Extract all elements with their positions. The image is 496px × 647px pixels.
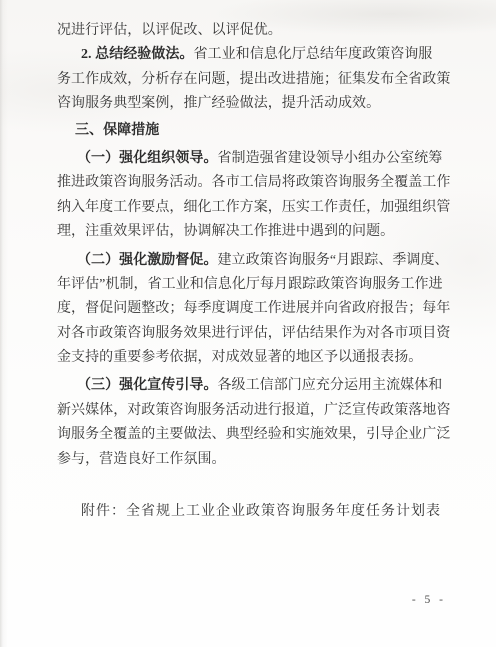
paragraph-item: （一）强化组织领导。省制造强省建设领导小组办公室统筹推进政策咨询服务活动。各市工…: [57, 147, 496, 245]
text-line: 况进行评估，以评促改、以评促优。: [57, 19, 496, 43]
text-line: 年评估”机制，省工业和信息化厅每月跟踪政策咨询服务工作进: [57, 273, 496, 297]
text-segment: 务工作成效，分析存在问题，提出改进措施；征集发布全省政策: [57, 72, 450, 87]
paragraph-heading: 三、保障措施: [57, 119, 496, 143]
text-line: 附件：全省规上工业企业政策咨询服务年度任务计划表: [57, 500, 496, 524]
text-line: 三、保障措施: [57, 119, 496, 143]
paragraph-numbered: 2. 总结经验做法。省工业和信息化厅总结年度政策咨询服务工作成效，分析存在问题，…: [57, 43, 496, 116]
text-line: 对各市政策咨询服务效果进行评估，评估结果作为对各市项目资: [57, 322, 496, 346]
text-line: 推进政策咨询服务活动。各市工信局将政策咨询服务全覆盖工作: [57, 171, 496, 195]
text-line: 2. 总结经验做法。省工业和信息化厅总结年度政策咨询服: [57, 43, 496, 67]
bold-lead-in: （二）强化激励督促。: [77, 253, 218, 268]
paragraph-item: （二）强化激励督促。建立政策咨询服务“月跟踪、季调度、年评估”机制，省工业和信息…: [57, 249, 496, 371]
text-segment: 新兴媒体，对政策咨询服务活动进行报道，广泛宣传政策落地咨: [57, 403, 450, 418]
text-segment: 参与，营造良好工作氛围。: [57, 452, 226, 467]
paragraph-attachment: 附件：全省规上工业企业政策咨询服务年度任务计划表: [57, 500, 496, 524]
page-number: - 5 -: [412, 594, 446, 606]
bold-lead-in: （三）强化宣传引导。: [77, 378, 218, 393]
text-segment: 咨询服务典型案例，推广经验做法，提升活动成效。: [57, 96, 380, 111]
text-line: （三）强化宣传引导。各级工信部门应充分运用主流媒体和: [57, 374, 496, 398]
text-line: 务工作成效，分析存在问题，提出改进措施；征集发布全省政策: [57, 68, 496, 92]
scanned-document-page: 况进行评估，以评促改、以评促优。2. 总结经验做法。省工业和信息化厅总结年度政策…: [0, 0, 496, 647]
text-segment: 省工业和信息化厅总结年度政策咨询服: [194, 47, 433, 62]
text-segment: 况进行评估，以评促改、以评促优。: [57, 23, 282, 38]
paragraph-item: （三）强化宣传引导。各级工信部门应充分运用主流媒体和新兴媒体，对政策咨询服务活动…: [57, 374, 496, 472]
text-segment: 年评估”机制，省工业和信息化厅每月跟踪政策咨询服务工作进: [57, 277, 443, 292]
text-segment: 对各市政策咨询服务效果进行评估，评估结果作为对各市项目资: [57, 326, 450, 341]
bold-lead-in: 三、保障措施: [75, 123, 159, 138]
text-line: （一）强化组织领导。省制造强省建设领导小组办公室统筹: [57, 147, 496, 171]
text-line: 询服务全覆盖的主要做法、典型经验和实施效果，引导企业广泛: [57, 423, 496, 447]
text-line: 纳入年度工作要点，细化工作方案，压实工作责任，加强组织管: [57, 196, 496, 220]
text-segment: 度，督促问题整改；每季度调度工作进展并向省政府报告；每年: [57, 301, 450, 316]
bold-lead-in: 2. 总结经验做法。: [81, 47, 194, 62]
text-segment: 省制造强省建设领导小组办公室统筹: [218, 151, 443, 166]
text-segment: 纳入年度工作要点，细化工作方案，压实工作责任，加强组织管: [57, 200, 450, 215]
text-line: 咨询服务典型案例，推广经验做法，提升活动成效。: [57, 92, 496, 116]
text-line: （二）强化激励督促。建立政策咨询服务“月跟踪、季调度、: [57, 249, 496, 273]
text-segment: 询服务全覆盖的主要做法、典型经验和实施效果，引导企业广泛: [57, 427, 450, 442]
text-line: 新兴媒体，对政策咨询服务活动进行报道，广泛宣传政策落地咨: [57, 399, 496, 423]
text-line: 理，注重效果评估，协调解决工作推进中遇到的问题。: [57, 220, 496, 244]
text-segment: 各级工信部门应充分运用主流媒体和: [218, 378, 443, 393]
bold-lead-in: （一）强化组织领导。: [77, 151, 218, 166]
text-segment: 附件：全省规上工业企业政策咨询服务年度任务计划表: [81, 504, 441, 519]
paragraph-continuation: 况进行评估，以评促改、以评促优。: [57, 19, 496, 43]
text-line: 金支持的重要参考依据，对成效显著的地区予以通报表扬。: [57, 346, 496, 370]
text-segment: 金支持的重要参考依据，对成效显著的地区予以通报表扬。: [57, 350, 422, 365]
text-line: 参与，营造良好工作氛围。: [57, 448, 496, 472]
text-line: 度，督促问题整改；每季度调度工作进展并向省政府报告；每年: [57, 297, 496, 321]
text-segment: 推进政策咨询服务活动。各市工信局将政策咨询服务全覆盖工作: [57, 175, 450, 190]
text-segment: 理，注重效果评估，协调解决工作推进中遇到的问题。: [57, 224, 394, 239]
text-segment: 建立政策咨询服务“月跟踪、季调度、: [218, 253, 449, 268]
document-body: 况进行评估，以评促改、以评促优。2. 总结经验做法。省工业和信息化厅总结年度政策…: [57, 19, 496, 524]
